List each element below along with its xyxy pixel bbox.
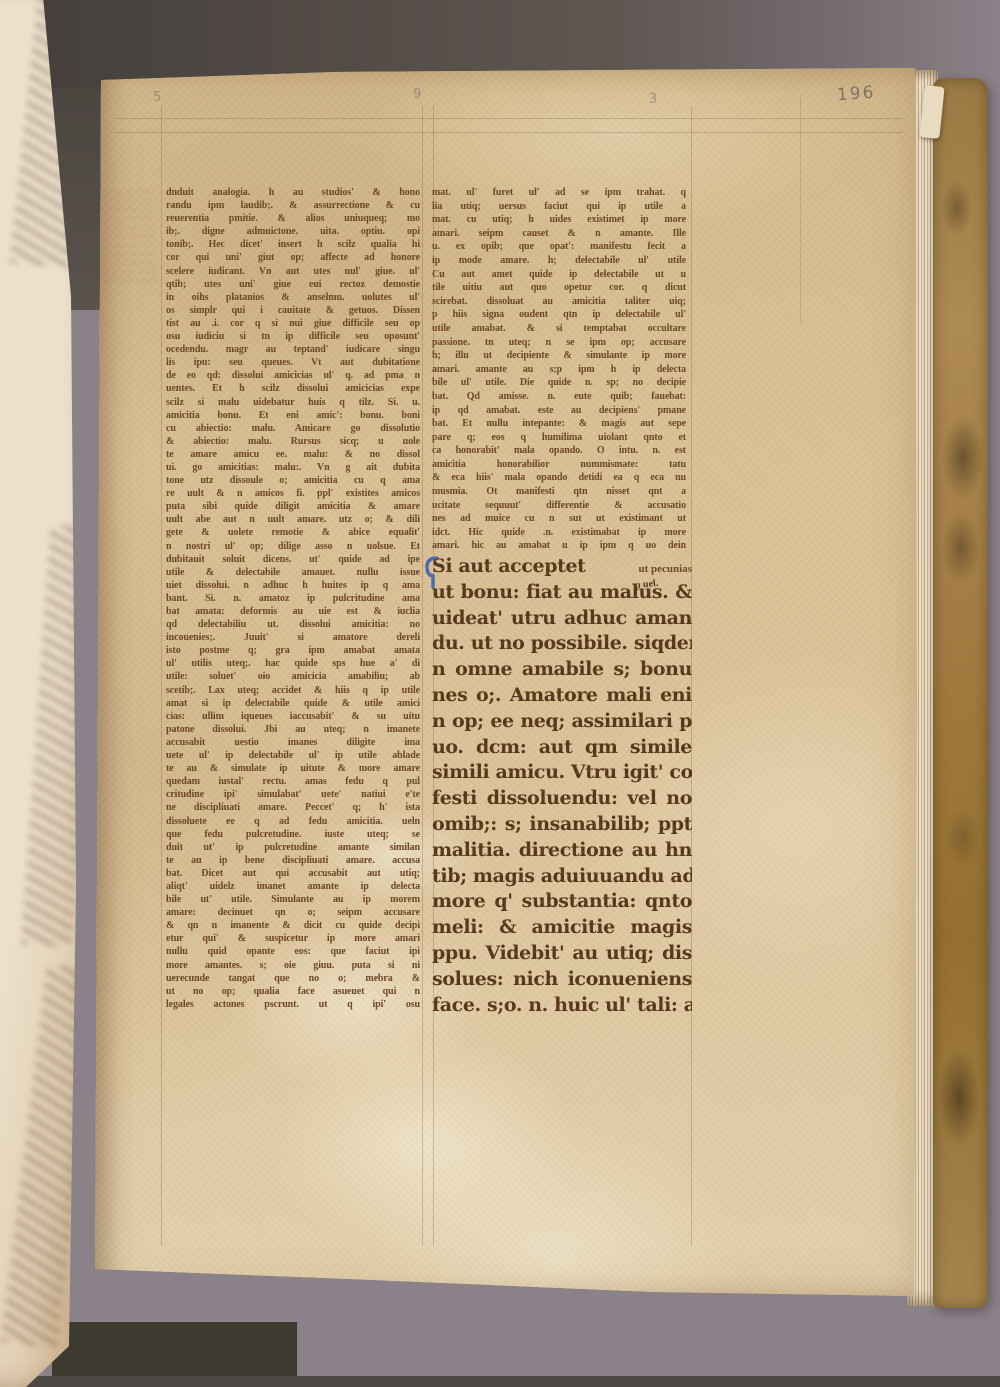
text-line: dnduit analogia. h au studios' & hono	[166, 186, 420, 199]
text-line: osu iudiciu si tn ip difficile seu oposu…	[166, 330, 420, 343]
text-line: bile ut' utile. Simulante au ip morem	[166, 893, 420, 906]
text-line: uete ul' ip delectabile ul' ip utile abl…	[166, 749, 420, 762]
initial-line-main: Si aut acceptet	[432, 554, 586, 580]
text-line: bat. Et nullu intepante: & magis aut sep…	[432, 417, 686, 431]
text-line: uiet dissolui. n adhuc h huites ip q ama	[166, 579, 420, 592]
text-line: & abiectio: malu. Rursus sicq; u uole	[166, 435, 420, 448]
text-line: tonib;. Hec dicet' insert h scilz qualia…	[166, 238, 420, 251]
left-text-column: dnduit analogia. h au studios' & honoran…	[166, 186, 420, 1011]
quire-mark-left: 5	[153, 90, 161, 105]
quire-mark-right: 3	[649, 92, 657, 107]
text-line: u. ex opib; que opat': manifestu fecit a	[432, 240, 686, 254]
text-line: accusabit uestio imanes diligite ima	[166, 736, 420, 749]
text-line: simili amicu. Vtru igit' co	[432, 760, 692, 786]
text-line: & qn n imanente & dicit cu quide decipi	[166, 919, 420, 932]
text-line: in oihs platanios & anselmu. uolutes ul'	[166, 291, 420, 304]
text-line: scetib;. Lax uteq; accidet & hiis q ip u…	[166, 684, 420, 697]
text-line: ucitate sequuut' differentie & accusatio	[432, 499, 686, 513]
manuscript-page: 5 9 3 196 dnduit analogia. h au studios'…	[95, 66, 917, 1298]
text-line: bat. Qd amisse. n. eute quib; fauebat:	[432, 390, 686, 404]
ruling-line-vertical	[422, 106, 423, 1246]
text-line: scirebat. dissoluat au amicitia taliter …	[432, 295, 686, 309]
text-line: utile amabat. & si temptabat occultare	[432, 322, 686, 336]
text-line: bat. Dicet aut qui accusabit aut utiq;	[166, 867, 420, 880]
text-line: que fedu pulcretudine. iuste uteq; se	[166, 828, 420, 841]
text-line: bant. Si. n. amatoz ip pulcritudine ama	[166, 592, 420, 605]
text-line: te au ip bene discipliuati amare. accusa	[166, 854, 420, 867]
text-line: cu abiectio: malu. Amicare go dissolutio	[166, 422, 420, 435]
text-line: uentes. Et h scilz dissolui amicicias ex…	[166, 382, 420, 395]
initial-line-tail: ut pecunias	[639, 563, 693, 575]
text-line: re uult & n amicos fi. ppl' existites am…	[166, 487, 420, 500]
blurred-text-show-through	[1, 964, 103, 1348]
text-line: nullu quid opante eos: que faciut ipi	[166, 945, 420, 958]
binding-cover	[933, 78, 988, 1308]
text-line: utile: soluet' oio amicicia amabiliu; ab	[166, 670, 420, 683]
text-line: more q' substantia: qnto	[432, 889, 692, 915]
text-line: reuerentia pmitie. & alios uniuqueq; mo	[166, 212, 420, 225]
text-line: ul' utilis uteq;. hac quide sps hue a' d…	[166, 657, 420, 670]
text-line: amicitia bonu. Et eni amic': bonu. boni	[166, 409, 420, 422]
text-line: bile ul' utile. Die quide n. sp; no deci…	[432, 376, 686, 390]
text-line: de eo qd: dissolui amicicias ul' q. ad p…	[166, 369, 420, 382]
text-line: p hiis signa oudent qtn ip delectabile u…	[432, 308, 686, 322]
ruling-line-horizontal	[115, 132, 903, 133]
text-line: etur qui' & suspicetur ip more amari	[166, 932, 420, 945]
text-line: ip qd amabat. este au decipiens' pmane	[432, 404, 686, 418]
text-line: amicitia honorabilior nummismate: tatu	[432, 458, 686, 472]
text-line: amat si ip delectabile quide & utile ami…	[166, 697, 420, 710]
text-line: pare q; eos q humilima uiolant qnto et	[432, 431, 686, 445]
text-line: uideat' utru adhuc aman	[432, 606, 692, 632]
text-line: ui. go amicitias: malu:. Vn g ait dubita	[166, 461, 420, 474]
text-line: malitia. directione au hn	[432, 838, 692, 864]
photo-background-bottom-strip	[0, 1376, 1000, 1387]
text-line: ut no op; qualia face asueuet qui n	[166, 985, 420, 998]
text-line: isto postme q; gra ipm amabat amata	[166, 644, 420, 657]
text-line: te amare amicu ee. malu: & no dissol	[166, 448, 420, 461]
text-line: te au & simulate ip uitute & more amare	[166, 762, 420, 775]
text-line: passione. tn uteq; n se ipm op; accusare	[432, 336, 686, 350]
text-line: more amantes. s; oie giuu. puta si ni	[166, 959, 420, 972]
text-line: nes ad muice cu n sut ut existimant ut	[432, 512, 686, 526]
text-line: mat. ul' furet ul' ad se ipm trahat. q	[432, 186, 686, 200]
blurred-text-show-through	[21, 525, 100, 947]
text-line: amari. amante au s;p ipm h ip delecta	[432, 363, 686, 377]
text-line: tile uitiu aut quo opetur cor. q dicut	[432, 281, 686, 295]
text-line: legales actones pscrunt. ut q ipi' osu	[166, 998, 420, 1011]
text-line: tone utz dissoule o; amicitia cu q ama	[166, 474, 420, 487]
text-line: aliqt' uidelz imanet amante ip delecta	[166, 880, 420, 893]
text-line: ppu. Videbit' au utiq; dis	[432, 941, 692, 967]
text-line: qtib; utes uni' giue eui rectoz demostie	[166, 278, 420, 291]
faded-marginal-note	[95, 187, 156, 284]
text-line: duit ut' ip pulcretudine amante similan	[166, 841, 420, 854]
text-line: scelere iudicant. Vn aut utes uul' giue.…	[166, 265, 420, 278]
text-line: musmia. Ot manifesti qtn nisset qnt a	[432, 485, 686, 499]
text-line: ocedendu. magr au teptand' iudicare sing…	[166, 343, 420, 356]
text-line: n omne amabile s; bonu	[432, 657, 692, 683]
text-line: uult abe aut n uult amare. utz o; & dili	[166, 513, 420, 526]
right-text-column-small: mat. ul' furet ul' ad se ipm trahat. qli…	[432, 186, 686, 553]
ruling-line-vertical	[161, 106, 162, 1246]
text-line: qd delectabiliu ut. dissolui amicitia: n…	[166, 618, 420, 631]
large-script-lines: ut bonu: fiat au malus. &uideat' utru ad…	[432, 580, 692, 1019]
right-text-column-large: est ip delectatione Si aut acceptet ut p…	[432, 554, 692, 1018]
text-line: Cu aut amet quide ip delectabile ut u	[432, 268, 686, 282]
text-line: & eca hiis' mala opando detidi ea q eca …	[432, 471, 686, 485]
quire-mark-center: 9	[413, 87, 421, 102]
text-line: solues: nich iconueniens	[432, 967, 692, 993]
text-line: bat amata: deformis au uie est & iuclia	[166, 605, 420, 618]
text-line: ib;. digne admuictone. uita. optiu. opi	[166, 225, 420, 238]
text-line: ca honorabit' mala opando. O intu. n. es…	[432, 444, 686, 458]
text-line: ut bonu: fiat au malus. &	[432, 580, 692, 606]
text-line: uerecunde tangat que no o; mebra &	[166, 972, 420, 985]
text-line: os simplr qui i cauitate & getuos. Disse…	[166, 304, 420, 317]
text-line: patone dissolui. Jbi au uteq; n imanete	[166, 723, 420, 736]
text-line: quedam iustal' rectu. amas fedu q pul	[166, 775, 420, 788]
text-line: ne discipliuati amare. Peccet' q; h' ist…	[166, 801, 420, 814]
text-line: uo. dcm: aut qm simile	[432, 735, 692, 761]
text-line: amare: decinuet qn o; seipm accusare	[166, 906, 420, 919]
text-line: tib; magis aduiuuandu ad	[432, 864, 692, 890]
text-line: gete & uolete remotie & abice equalit'	[166, 526, 420, 539]
ruling-line-horizontal	[115, 118, 903, 119]
text-line: lia utiq; uersus faciut qui ip utile a	[432, 200, 686, 214]
text-line: n op; ee neq; assimilari p	[432, 709, 692, 735]
ruling-line-vertical	[800, 94, 801, 324]
text-line: cias: ullim iqueues iaccusabit' & su uit…	[166, 710, 420, 723]
text-line: idct. Hic quide .n. existimabat ip more	[432, 526, 686, 540]
text-line: du. ut no possibile. siqdem	[432, 631, 692, 657]
text-line: scilz si malu uidebatur huis q tilz. Si.…	[166, 396, 420, 409]
text-line: mat. cu utiq; h uides existimet ip more	[432, 213, 686, 227]
text-line: utile & delectabile amauet. nullu issue	[166, 566, 420, 579]
text-line: cor qui uni' giut op; affecte ad honore	[166, 251, 420, 264]
text-line: h; illu ut decipiente & simulante ip mor…	[432, 349, 686, 363]
text-line: face. s;o. n. huic ul' tali: a	[432, 993, 692, 1019]
text-line: omib;: s; insanabilib; ppt	[432, 812, 692, 838]
text-line: lis ipu: seu queues. Vt aut dubitatione	[166, 356, 420, 369]
text-line: n nostri ul' op; dilige asso n uolsue. E…	[166, 540, 420, 553]
text-line: critudine ipi' simulabat' uete' natiui e…	[166, 788, 420, 801]
text-line: dubitauit soluit dicens. ut' quide ad ip…	[166, 553, 420, 566]
text-line: amari. hic au amabat u ip ipm q uo dein	[432, 539, 686, 553]
text-line: puta sibi quide diligit amicitia & amare	[166, 500, 420, 513]
text-line: ip mode amare. h; delectabile ul' utile	[432, 254, 686, 268]
folio-number: 196	[836, 83, 876, 106]
text-line: amari. seipm causet & n amante. Ille	[432, 227, 686, 241]
large-script-initial-line: est ip delectatione Si aut acceptet ut p…	[432, 554, 692, 580]
text-line: nes o;. Amatore mali eni	[432, 683, 692, 709]
text-line: dissoluete ee q ad fedu amicitia. ueln	[166, 815, 420, 828]
text-line: meli: & amicitie magis	[432, 915, 692, 941]
text-line: festi dissoluendu: vel no	[432, 786, 692, 812]
text-line: randu ipm laudib;. & assurrectione & cu	[166, 199, 420, 212]
text-line: incouenies;. Juuit' si amatore dereli	[166, 631, 420, 644]
text-line: tist au .i. cor q si nui giue difficile …	[166, 317, 420, 330]
